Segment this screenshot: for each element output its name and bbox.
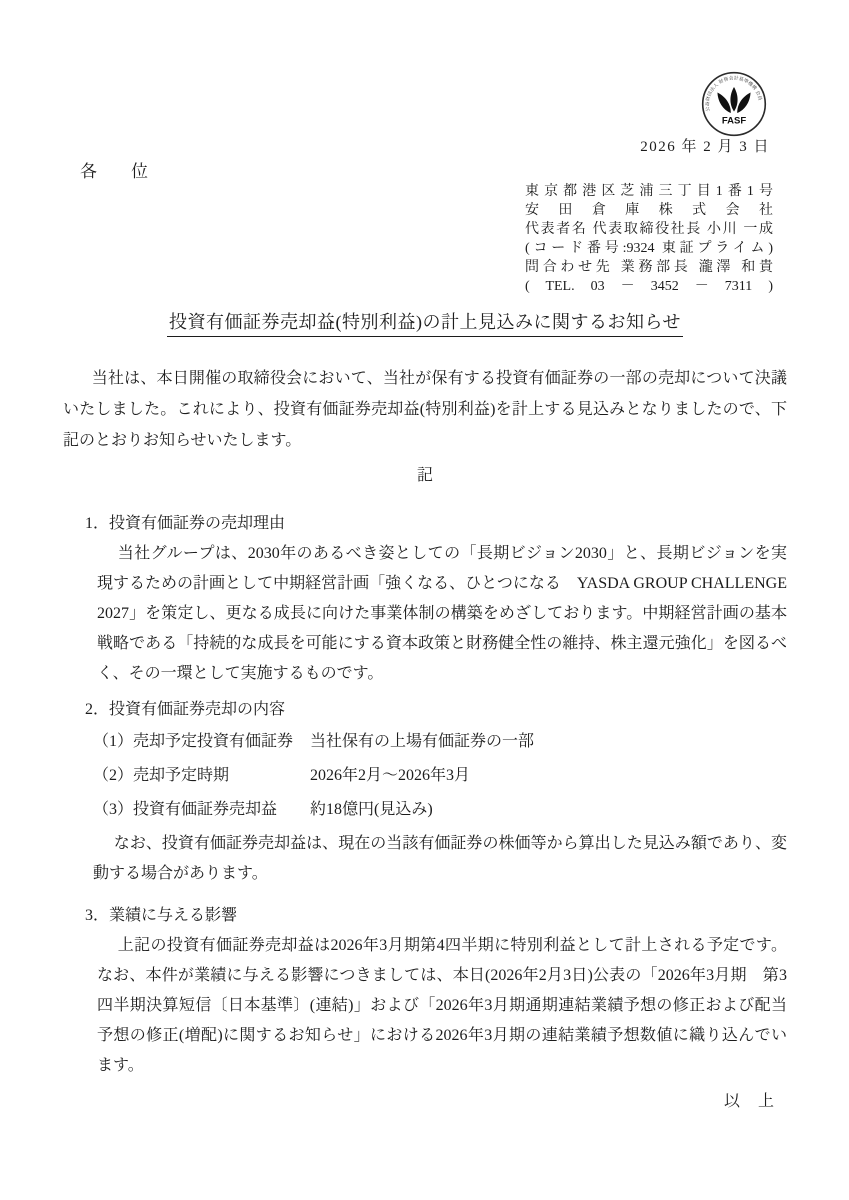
item-value: 当社保有の上場有価証券の一部 bbox=[310, 731, 787, 753]
logo-fasf-label: FASF bbox=[722, 116, 747, 127]
section-3-body: 上記の投資有価証券売却益は2026年3月期第4四半期に特別利益として計上される予… bbox=[97, 931, 787, 1081]
document-title: 投資有価証券売却益(特別利益)の計上見込みに関するお知らせ bbox=[167, 310, 683, 337]
closing-mark: 以 上 bbox=[63, 1091, 775, 1113]
section-2-item-3: （3）投資有価証券売却益 約18億円(見込み) bbox=[93, 799, 787, 821]
item-label: （1）売却予定投資有価証券 bbox=[93, 731, 310, 753]
addressee: 各 位 bbox=[80, 162, 787, 182]
sender-telephone: ( TEL. 03 － 3452 － 7311 ) bbox=[525, 277, 773, 296]
fasf-member-seal-icon: 公益財団法人 財務会計基準機構 会員 FASF bbox=[700, 70, 768, 138]
section-2-note: なお、投資有価証券売却益は、現在の当該有価証券の株価等から算出した見込み額であり… bbox=[93, 829, 787, 889]
title-row: 投資有価証券売却益(特別利益)の計上見込みに関するお知らせ bbox=[63, 310, 787, 337]
intro-paragraph: 当社は、本日開催の取締役会において、当社が保有する投資有価証券の一部の売却につい… bbox=[63, 363, 787, 456]
section-1-body: 当社グループは、2030年のあるべき姿としての「長期ビジョン2030」と、長期ビ… bbox=[97, 539, 787, 689]
sender-block: 東京都港区芝浦三丁目1番1号 安田倉庫株式会社 代表者名 代表取締役社長 小川 … bbox=[525, 182, 773, 296]
section-3-heading: 3．業績に与える影響 bbox=[85, 905, 787, 927]
item-label: （3）投資有価証券売却益 bbox=[93, 799, 310, 821]
sender-contact: 問合わせ先 業務部長 瀧澤 和貴 bbox=[525, 258, 773, 277]
sender-stock-code: (コード番号:9324 東証プライム) bbox=[525, 239, 773, 258]
section-2-heading: 2．投資有価証券売却の内容 bbox=[85, 699, 787, 721]
item-value: 2026年2月～2026年3月 bbox=[310, 765, 787, 787]
section-2-item-1: （1）売却予定投資有価証券 当社保有の上場有価証券の一部 bbox=[93, 731, 787, 753]
sender-representative: 代表者名 代表取締役社長 小川 一成 bbox=[525, 220, 773, 239]
item-label: （2）売却予定時期 bbox=[93, 765, 310, 787]
notice-mark: 記 bbox=[63, 466, 787, 486]
section-2-item-2: （2）売却予定時期 2026年2月～2026年3月 bbox=[93, 765, 787, 787]
logo-row: 公益財団法人 財務会計基準機構 会員 FASF bbox=[63, 70, 768, 138]
document-page: 公益財団法人 財務会計基準機構 会員 FASF 2026 年 2 月 3 日 各… bbox=[0, 0, 849, 1200]
item-value: 約18億円(見込み) bbox=[310, 799, 787, 821]
sender-company-name: 安田倉庫株式会社 bbox=[525, 201, 773, 220]
document-date: 2026 年 2 月 3 日 bbox=[63, 138, 770, 156]
section-1-heading: 1．投資有価証券の売却理由 bbox=[85, 513, 787, 535]
sender-address: 東京都港区芝浦三丁目1番1号 bbox=[525, 182, 773, 201]
